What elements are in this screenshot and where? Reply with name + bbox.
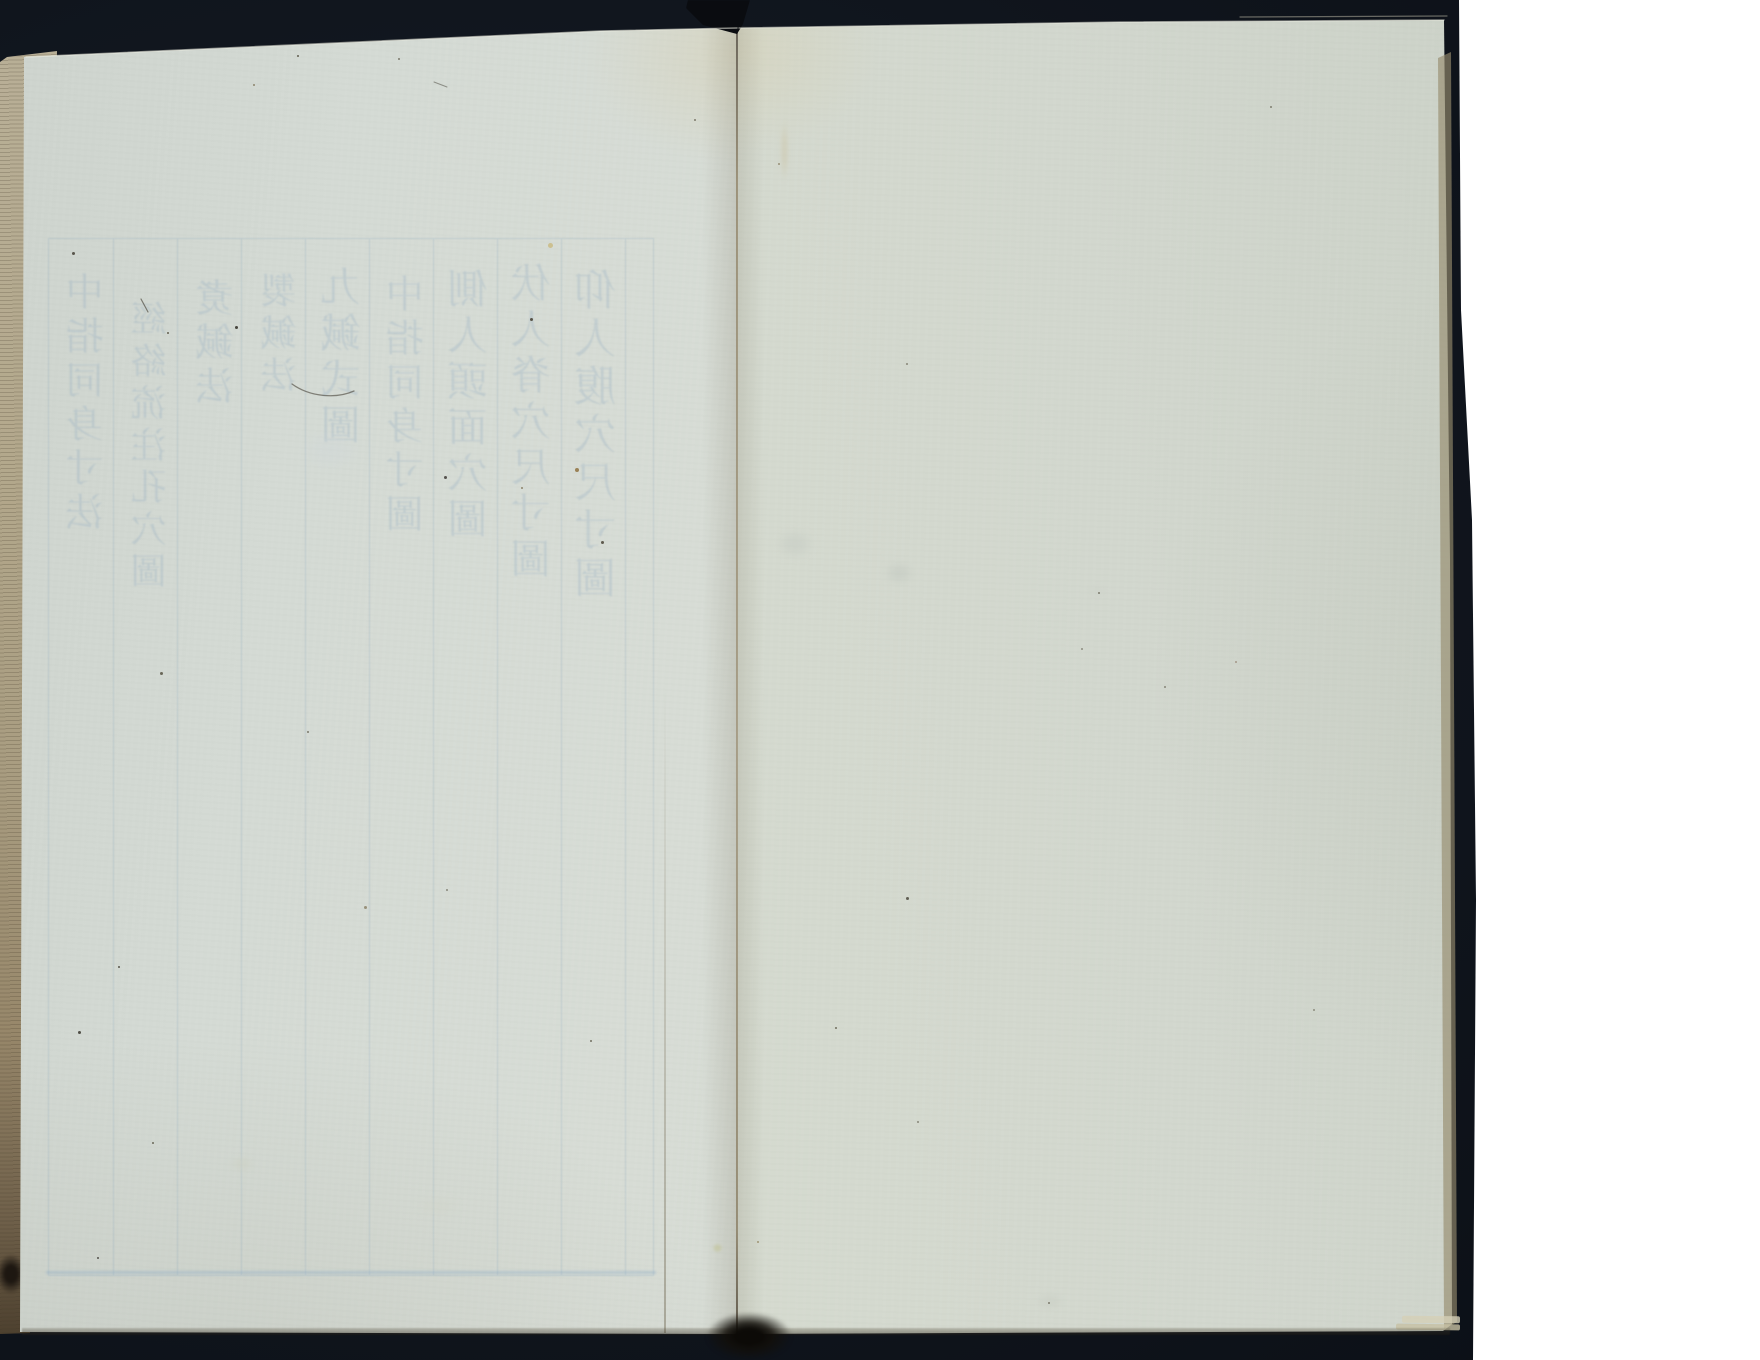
scanner-white-margin	[1476, 0, 1760, 1360]
right-page-top-edge	[739, 20, 1444, 28]
tiny-scratch-top	[434, 82, 447, 87]
scratches-and-edges-overlay	[0, 0, 1476, 1360]
tiny-scratch-upper-left	[141, 299, 148, 312]
hair-scratch-left-page	[292, 384, 354, 396]
scan-canvas: 仰人腹穴尺寸圖伏人脊穴尺寸圖側人頭面穴圖中指同身寸圖九鍼式圖製鍼法煑鍼法經絡流注…	[0, 0, 1760, 1360]
left-page-top-edge	[26, 28, 737, 57]
under-leaf-top-edge	[1240, 16, 1447, 17]
photo-background: 仰人腹穴尺寸圖伏人脊穴尺寸圖側人頭面穴圖中指同身寸圖九鍼式圖製鍼法煑鍼法經絡流注…	[0, 0, 1476, 1360]
